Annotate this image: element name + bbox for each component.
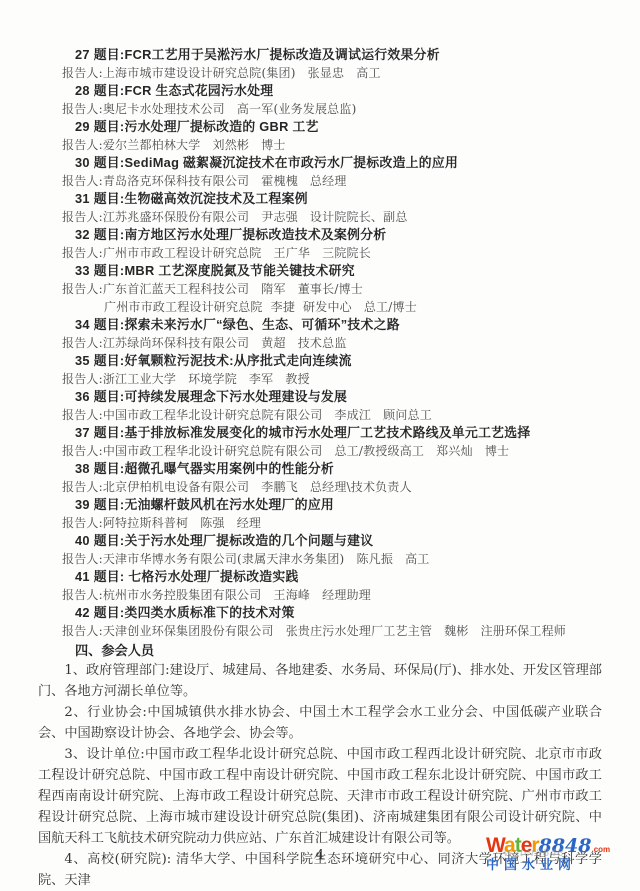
- item-number: 34: [75, 317, 94, 332]
- topic-line: 33 题目:MBR 工艺深度脱氮及节能关键技术研究: [38, 262, 602, 280]
- conference-agenda-document: 27 题目:FCR工艺用于吴淞污水厂提标改造及调试运行效果分析 报告人:上海市城…: [0, 0, 640, 891]
- speaker-line: 报告人:上海市城市建设设计研究总院(集团) 张显忠 高工: [38, 64, 602, 82]
- logo-chinese-name: 中国水业网: [486, 858, 636, 871]
- agenda-item: 31 题目:生物磁高效沉淀技术及工程案例 报告人:江苏兆盛环保股份有限公司 尹志…: [38, 190, 602, 226]
- topic-title: FCR工艺用于吴淞污水厂提标改造及调试运行效果分析: [124, 47, 439, 62]
- logo-letter: e: [521, 834, 532, 857]
- speaker-text: 天津创业环保集团股份有限公司 张贵庄污水处理厂工艺主管 魏彬 注册环保工程师: [103, 624, 566, 638]
- speaker-label: 报告人:: [62, 588, 103, 602]
- logo-letter: r: [531, 834, 538, 857]
- speaker-label: 报告人:: [62, 138, 103, 152]
- speaker-text: 爱尔兰都柏林大学 刘然彬 博士: [103, 138, 286, 152]
- speaker-label: 报告人:: [62, 516, 103, 530]
- item-number: 37: [75, 425, 94, 440]
- speaker-line: 报告人:青岛洛克环保科技有限公司 霍槐槐 总经理: [38, 172, 602, 190]
- speaker-text: 江苏绿尚环保科技有限公司 黄超 技术总监: [103, 336, 347, 350]
- speaker-text: 阿特拉斯科普柯 陈强 经理: [103, 516, 261, 530]
- speaker-line: 报告人:江苏兆盛环保股份有限公司 尹志强 设计院院长、副总: [38, 208, 602, 226]
- speaker-text: 中国市政工程华北设计研究总院有限公司 李成江 顾问总工: [103, 408, 432, 422]
- speaker-text: 杭州市水务控股集团有限公司 王海峰 经理助理: [103, 588, 371, 602]
- topic-title: 类四类水质标准下的技术对策: [124, 605, 294, 620]
- topic-line: 35 题目:好氧颗粒污泥技术:从序批式走向连续流: [38, 352, 602, 370]
- speaker-label: 报告人:: [62, 210, 103, 224]
- agenda-item: 41 题目: 七格污水处理厂提标改造实践 报告人:杭州市水务控股集团有限公司 王…: [38, 568, 602, 604]
- speaker-line-continuation: 广州市市政工程设计研究总院 李捷 研发中心 总工/博士: [38, 298, 602, 316]
- topic-label: 题目:: [94, 317, 125, 332]
- topic-label: 题目:: [94, 191, 125, 206]
- item-number: 29: [75, 119, 94, 134]
- speaker-text: 上海市城市建设设计研究总院(集团) 张显忠 高工: [103, 66, 381, 80]
- speaker-line: 报告人:北京伊柏机电设备有限公司 李鹏飞 总经理\技术负责人: [38, 478, 602, 496]
- topic-line: 29 题目:污水处理厂提标改造的 GBR 工艺: [38, 118, 602, 136]
- speaker-line: 报告人:奥尼卡水处理技术公司 高一军(业务发展总监): [38, 100, 602, 118]
- agenda-item: 34 题目:探索未来污水厂“绿色、生态、可循环”技术之路 报告人:江苏绿尚环保科…: [38, 316, 602, 352]
- topic-label: 题目:: [94, 425, 125, 440]
- topic-label: 题目:: [94, 263, 125, 278]
- speaker-label: 报告人:: [62, 408, 103, 422]
- topic-label: 题目:: [94, 389, 125, 404]
- speaker-label: 报告人:: [62, 174, 103, 188]
- topic-line: 39 题目:无油螺杆鼓风机在污水处理厂的应用: [38, 496, 602, 514]
- section-heading-participants: 四、参会人员: [38, 641, 602, 660]
- speaker-line: 报告人:广州市市政工程设计研究总院 王广华 三院院长: [38, 244, 602, 262]
- topic-line: 34 题目:探索未来污水厂“绿色、生态、可循环”技术之路: [38, 316, 602, 334]
- topic-title: 可持续发展理念下污水处理建设与发展: [124, 389, 347, 404]
- speaker-label: 报告人:: [62, 624, 103, 638]
- agenda-item: 32 题目:南方地区污水处理厂提标改造技术及案例分析 报告人:广州市市政工程设计…: [38, 226, 602, 262]
- speaker-text: 浙江工业大学 环境学院 李军 教授: [103, 372, 310, 386]
- topic-label: 题目:: [94, 83, 125, 98]
- topic-line: 30 题目:SediMag 磁絮凝沉淀技术在市政污水厂提标改造上的应用: [38, 154, 602, 172]
- topic-line: 27 题目:FCR工艺用于吴淞污水厂提标改造及调试运行效果分析: [38, 46, 602, 64]
- topic-line: 36 题目:可持续发展理念下污水处理建设与发展: [38, 388, 602, 406]
- topic-label: 题目:: [94, 227, 125, 242]
- agenda-item: 37 题目:基于排放标准发展变化的城市污水处理厂工艺技术路线及单元工艺选择 报告…: [38, 424, 602, 460]
- topic-title: 好氧颗粒污泥技术:从序批式走向连续流: [124, 353, 351, 368]
- item-number: 28: [75, 83, 94, 98]
- speaker-label: 报告人:: [62, 102, 103, 116]
- logo-letter: W: [486, 834, 504, 857]
- speaker-text: 天津市华博水务有限公司(隶属天津水务集团) 陈凡振 高工: [103, 552, 430, 566]
- speaker-line: 报告人:江苏绿尚环保科技有限公司 黄超 技术总监: [38, 334, 602, 352]
- speaker-label: 报告人:: [62, 372, 103, 386]
- speaker-line: 报告人:中国市政工程华北设计研究总院有限公司 总工/教授级高工 郑兴灿 博士: [38, 442, 602, 460]
- topic-title: 生物磁高效沉淀技术及工程案例: [124, 191, 307, 206]
- topic-line: 32 题目:南方地区污水处理厂提标改造技术及案例分析: [38, 226, 602, 244]
- logo-number: 8848: [539, 835, 592, 857]
- speaker-line: 报告人:天津创业环保集团股份有限公司 张贵庄污水处理厂工艺主管 魏彬 注册环保工…: [38, 622, 602, 640]
- agenda-item: 42 题目:类四类水质标准下的技术对策 报告人:天津创业环保集团股份有限公司 张…: [38, 604, 602, 640]
- topic-label: 题目:: [94, 47, 125, 62]
- topic-line: 41 题目: 七格污水处理厂提标改造实践: [38, 568, 602, 586]
- speaker-text: 北京伊柏机电设备有限公司 李鹏飞 总经理\技术负责人: [103, 480, 412, 494]
- logo-letter: a: [504, 834, 515, 857]
- item-number: 39: [75, 497, 94, 512]
- speaker-line: 报告人:广东首汇蓝天工程科技公司 隋军 董事长/博士: [38, 280, 602, 298]
- topic-title: MBR 工艺深度脱氮及节能关键技术研究: [124, 263, 354, 278]
- topic-label: 题目:: [94, 497, 125, 512]
- speaker-label: 报告人:: [62, 480, 103, 494]
- agenda-item: 36 题目:可持续发展理念下污水处理建设与发展 报告人:中国市政工程华北设计研究…: [38, 388, 602, 424]
- speaker-label: 报告人:: [62, 246, 103, 260]
- topic-label: 题目:: [94, 533, 125, 548]
- agenda-item: 35 题目:好氧颗粒污泥技术:从序批式走向连续流 报告人:浙江工业大学 环境学院…: [38, 352, 602, 388]
- speaker-line: 报告人:爱尔兰都柏林大学 刘然彬 博士: [38, 136, 602, 154]
- topic-line: 31 题目:生物磁高效沉淀技术及工程案例: [38, 190, 602, 208]
- topic-label: 题目:: [94, 119, 125, 134]
- speaker-text: 广州市市政工程设计研究总院 王广华 三院院长: [103, 246, 371, 260]
- agenda-item: 27 题目:FCR工艺用于吴淞污水厂提标改造及调试运行效果分析 报告人:上海市城…: [38, 46, 602, 82]
- topic-title: 南方地区污水处理厂提标改造技术及案例分析: [124, 227, 386, 242]
- topic-line: 40 题目:关于污水处理厂提标改造的几个问题与建议: [38, 532, 602, 550]
- speaker-text: 奥尼卡水处理技术公司 高一军(业务发展总监): [103, 102, 357, 116]
- agenda-item: 33 题目:MBR 工艺深度脱氮及节能关键技术研究 报告人:广东首汇蓝天工程科技…: [38, 262, 602, 316]
- speaker-text: 中国市政工程华北设计研究总院有限公司 总工/教授级高工 郑兴灿 博士: [103, 444, 509, 458]
- speaker-label: 报告人:: [62, 336, 103, 350]
- logo-wordmark: Water8848.com water8848: [486, 835, 636, 856]
- speaker-line: 报告人:杭州市水务控股集团有限公司 王海峰 经理助理: [38, 586, 602, 604]
- topic-title: 关于污水处理厂提标改造的几个问题与建议: [124, 533, 373, 548]
- topic-line: 37 题目:基于排放标准发展变化的城市污水处理厂工艺技术路线及单元工艺选择: [38, 424, 602, 442]
- topic-label: 题目:: [94, 353, 125, 368]
- topic-title: SediMag 磁絮凝沉淀技术在市政污水厂提标改造上的应用: [124, 155, 458, 170]
- topic-title: FCR 生态式花园污水处理: [124, 83, 273, 98]
- item-number: 42: [75, 605, 94, 620]
- agenda-item: 38 题目:超微孔曝气器实用案例中的性能分析 报告人:北京伊柏机电设备有限公司 …: [38, 460, 602, 496]
- document-page: { "page": {"number": "4"}, "labels": {"t…: [0, 0, 640, 891]
- speaker-label: 报告人:: [62, 66, 103, 80]
- speaker-line: 报告人:阿特拉斯科普柯 陈强 经理: [38, 514, 602, 532]
- agenda-item: 40 题目:关于污水处理厂提标改造的几个问题与建议 报告人:天津市华博水务有限公…: [38, 532, 602, 568]
- topic-line: 42 题目:类四类水质标准下的技术对策: [38, 604, 602, 622]
- speaker-line: 报告人:天津市华博水务有限公司(隶属天津水务集团) 陈凡振 高工: [38, 550, 602, 568]
- water8848-logo: Water8848.com water8848 中国水业网: [486, 835, 636, 881]
- item-number: 38: [75, 461, 94, 476]
- speaker-text: 江苏兆盛环保股份有限公司 尹志强 设计院院长、副总: [103, 210, 408, 224]
- speaker-line: 报告人:中国市政工程华北设计研究总院有限公司 李成江 顾问总工: [38, 406, 602, 424]
- participants-paragraph-associations: 2、行业协会:中国城镇供水排水协会、中国土木工程学会水工业分会、中国低碳产业联合…: [38, 702, 602, 744]
- topic-label: 题目:: [94, 605, 125, 620]
- speaker-line: 报告人:浙江工业大学 环境学院 李军 教授: [38, 370, 602, 388]
- topic-label: 题目:: [94, 569, 125, 584]
- item-number: 40: [75, 533, 94, 548]
- logo-dotcom: .com: [592, 845, 611, 854]
- topic-title: 基于排放标准发展变化的城市污水处理厂工艺技术路线及单元工艺选择: [124, 425, 530, 440]
- item-number: 27: [75, 47, 94, 62]
- item-number: 30: [75, 155, 94, 170]
- topic-title: 无油螺杆鼓风机在污水处理厂的应用: [124, 497, 334, 512]
- speaker-text: 广州市市政工程设计研究总院 李捷 研发中心 总工/博士: [104, 300, 417, 314]
- topic-title: 污水处理厂提标改造的 GBR 工艺: [124, 119, 318, 134]
- participants-paragraph-government: 1、政府管理部门:建设厅、城建局、各地建委、水务局、环保局(厅)、排水处、开发区…: [38, 660, 602, 702]
- topic-title: 七格污水处理厂提标改造实践: [124, 569, 298, 584]
- item-number: 41: [75, 569, 94, 584]
- topic-title: 超微孔曝气器实用案例中的性能分析: [124, 461, 334, 476]
- topic-title: 探索未来污水厂“绿色、生态、可循环”技术之路: [124, 317, 399, 332]
- agenda-item: 29 题目:污水处理厂提标改造的 GBR 工艺 报告人:爱尔兰都柏林大学 刘然彬…: [38, 118, 602, 154]
- speaker-text: 青岛洛克环保科技有限公司 霍槐槐 总经理: [103, 174, 347, 188]
- speaker-label: 报告人:: [62, 282, 103, 296]
- item-number: 36: [75, 389, 94, 404]
- item-number: 35: [75, 353, 94, 368]
- agenda-item: 28 题目:FCR 生态式花园污水处理 报告人:奥尼卡水处理技术公司 高一军(业…: [38, 82, 602, 118]
- topic-label: 题目:: [94, 155, 125, 170]
- speaker-text: 广东首汇蓝天工程科技公司 隋军 董事长/博士: [103, 282, 363, 296]
- agenda-item: 39 题目:无油螺杆鼓风机在污水处理厂的应用 报告人:阿特拉斯科普柯 陈强 经理: [38, 496, 602, 532]
- speaker-label: 报告人:: [62, 444, 103, 458]
- topic-line: 28 题目:FCR 生态式花园污水处理: [38, 82, 602, 100]
- speaker-label: 报告人:: [62, 552, 103, 566]
- item-number: 32: [75, 227, 94, 242]
- item-number: 31: [75, 191, 94, 206]
- agenda-item: 30 题目:SediMag 磁絮凝沉淀技术在市政污水厂提标改造上的应用 报告人:…: [38, 154, 602, 190]
- topic-line: 38 题目:超微孔曝气器实用案例中的性能分析: [38, 460, 602, 478]
- topic-label: 题目:: [94, 461, 125, 476]
- item-number: 33: [75, 263, 94, 278]
